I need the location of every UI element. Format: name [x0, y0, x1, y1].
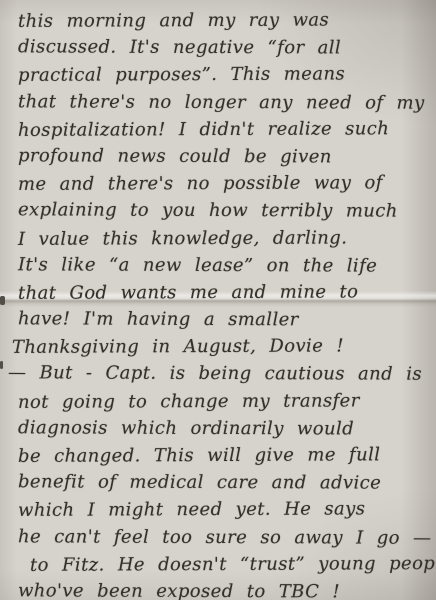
letter-line: profound news could be given	[0, 142, 436, 171]
letter-line: that there's no longer any need of my	[0, 88, 436, 117]
letter-line: that God wants me and mine to	[0, 278, 436, 307]
letter-line: practical purposes”. This means	[0, 60, 436, 89]
letter-line: benefit of medical care and advice	[0, 468, 436, 497]
letter-line: me and there's no possible way of	[0, 169, 436, 198]
letter-line: diagnosis which ordinarily would	[0, 414, 436, 443]
letter-line: he can't feel too sure so away I go —	[0, 523, 436, 552]
letter-line: have! I'm having a smaller	[0, 305, 436, 334]
letter-line: not going to change my transfer	[0, 387, 436, 416]
letter-line: who've been exposed to TBC !	[0, 577, 436, 600]
letter-line: discussed. It's negative “for all	[0, 33, 436, 62]
letter-line: be changed. This will give me full	[0, 441, 436, 470]
letter-page: this morning and my ray was discussed. I…	[0, 0, 436, 600]
letter-line: explaining to you how terribly much	[0, 197, 436, 226]
letter-line: hospitalization! I didn't realize such	[0, 115, 436, 144]
letter-text: this morning and my ray was discussed. I…	[0, 7, 436, 600]
letter-line: which I might need yet. He says	[0, 495, 436, 524]
letter-line: Thanksgiving in August, Dovie !	[0, 332, 436, 361]
letter-line: — But - Capt. is being cautious and is	[0, 360, 436, 389]
letter-line: this morning and my ray was	[0, 6, 436, 35]
letter-line: to Fitz. He doesn't “trust” young people	[0, 550, 436, 579]
letter-line: I value this knowledge, darling.	[0, 224, 436, 253]
letter-line: It's like “a new lease” on the life	[0, 251, 436, 280]
